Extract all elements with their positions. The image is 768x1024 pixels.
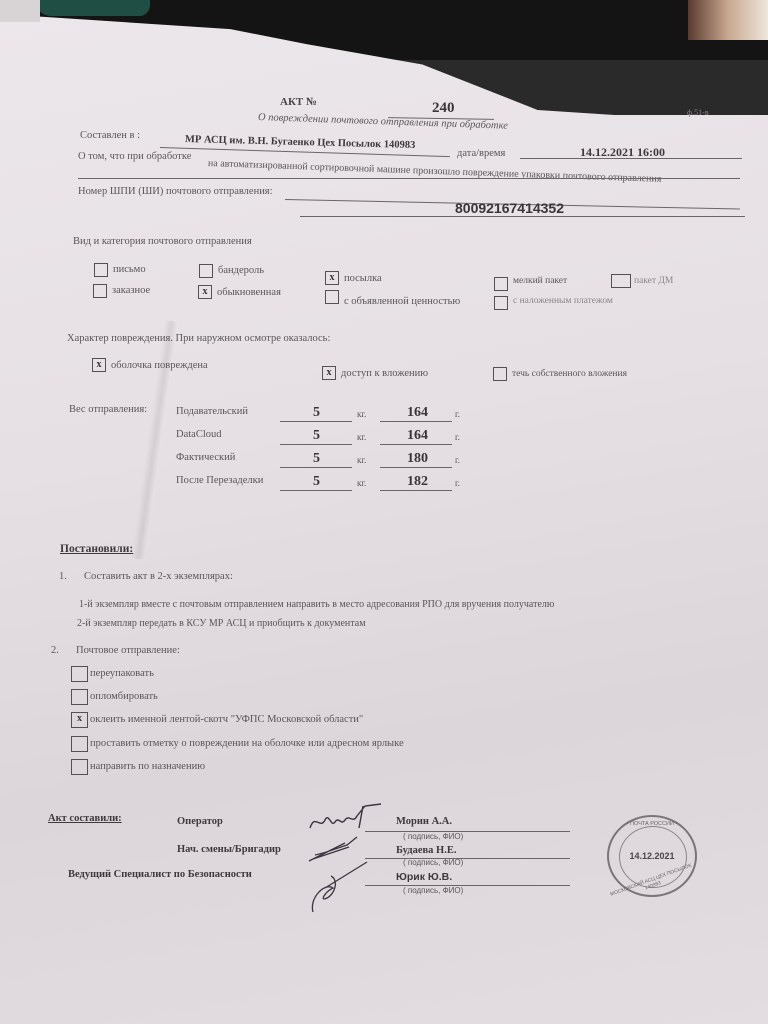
tracking-label: Номер ШПИ (ШИ) почтового отправления: [78, 186, 273, 197]
datetime-label: дата/время [457, 148, 505, 159]
action-label: оклеить именной лентой-скотч "УФПС Моско… [90, 714, 363, 725]
weight-g: 164 [407, 405, 428, 421]
checkbox-content-access[interactable]: x [322, 366, 336, 380]
role-supervisor: Нач. смены/Бригадир [177, 844, 281, 855]
act-label: АКТ № [280, 96, 317, 108]
item1-text: Составить акт в 2-х экземплярах: [84, 571, 233, 582]
background-object [688, 0, 768, 40]
underline [280, 421, 352, 422]
act-number: 240 [432, 100, 455, 117]
stamp-top-text: • ПОЧТА РОССИИ • [609, 821, 695, 827]
weight-kg: 5 [313, 405, 320, 421]
background-object [35, 0, 150, 16]
underline [280, 467, 352, 468]
checkbox-pismo[interactable] [94, 263, 108, 277]
checkbox-banderol[interactable] [199, 264, 213, 278]
action-label: направить по назначению [90, 761, 205, 772]
signature-caption: ( подпись, ФИО) [403, 832, 463, 841]
checkbox-action[interactable] [71, 736, 88, 752]
signature-operator [305, 798, 385, 838]
weight-label: Вес отправления: [69, 404, 147, 415]
checkbox-cod[interactable] [494, 296, 508, 310]
weight-kg: 5 [313, 451, 320, 467]
resolved-heading: Постановили: [60, 543, 133, 555]
underline [280, 444, 352, 445]
action-label: проставить отметку о повреждении на обол… [90, 738, 404, 749]
checkbox-posylka[interactable]: x [325, 271, 339, 285]
option-label: посылка [344, 273, 382, 284]
weight-g: 164 [407, 428, 428, 444]
signature-caption: ( подпись, ФИО) [403, 858, 463, 867]
item-number: 1. [59, 571, 67, 582]
signatures-heading: Акт составили: [48, 813, 122, 824]
underline [280, 490, 352, 491]
role-operator: Оператор [177, 816, 223, 827]
option-label: с наложенным платежом [513, 296, 613, 306]
background-object [0, 0, 40, 22]
item1-sub1: 1-й экземпляр вместе с почтовым отправле… [79, 599, 554, 610]
signature-line [365, 858, 570, 859]
action-label: переупаковать [90, 668, 154, 679]
composed-label: Составлен в : [80, 130, 140, 141]
damage-label: Характер повреждения. При наружном осмот… [67, 333, 330, 344]
checkbox-action[interactable] [71, 759, 88, 775]
option-label: обыкновенная [217, 287, 281, 298]
item1-sub2: 2-й экземпляр передать в КСУ МР АСЦ и пр… [77, 618, 366, 629]
option-label: письмо [113, 264, 146, 275]
checkbox-action[interactable]: x [71, 712, 88, 728]
underline [380, 444, 452, 445]
underline [520, 158, 742, 159]
kg-unit: кг. [357, 478, 366, 488]
underline [300, 216, 745, 217]
kg-unit: кг. [357, 455, 366, 465]
form-code: ф.51-в [687, 108, 709, 117]
option-label: заказное [112, 285, 150, 296]
postal-stamp: • ПОЧТА РОССИИ • 14.12.2021 МОСКОВСКИЙ А… [607, 815, 697, 897]
option-label: с объявленной ценностью [344, 296, 460, 307]
checkbox-leak[interactable] [493, 367, 507, 381]
item2-text: Почтовое отправление: [76, 645, 180, 656]
action-label: опломбировать [90, 691, 158, 702]
option-label: течь собственного вложения [512, 369, 627, 379]
signature-line [365, 885, 570, 886]
underline [380, 421, 452, 422]
signature-line [365, 831, 570, 832]
checkbox-zakaznoe[interactable] [93, 284, 107, 298]
item-number: 2. [51, 645, 59, 656]
signer-name: Юрик Ю.В. [396, 871, 452, 883]
statement-prefix: О том, что при обработке [78, 151, 191, 162]
kg-unit: кг. [357, 409, 366, 419]
signature-caption: ( подпись, ФИО) [403, 886, 463, 895]
weight-kg: 5 [313, 474, 320, 490]
checkbox-small-packet[interactable] [494, 277, 508, 291]
weight-row-name: Фактический [176, 452, 235, 463]
option-label: мелкий пакет [513, 276, 567, 286]
g-unit: г. [455, 409, 460, 419]
weight-g: 182 [407, 474, 428, 490]
checkbox-shell-damaged[interactable]: x [92, 358, 106, 372]
checkbox-packet-dm[interactable] [611, 274, 631, 288]
signer-name: Морин А.А. [396, 816, 452, 827]
g-unit: г. [455, 478, 460, 488]
g-unit: г. [455, 455, 460, 465]
weight-row-name: DataCloud [176, 429, 222, 440]
stamp-date: 14.12.2021 [609, 851, 695, 861]
g-unit: г. [455, 432, 460, 442]
checkbox-obyknovennaya[interactable]: x [198, 285, 212, 299]
checkbox-action[interactable] [71, 666, 88, 682]
underline [380, 490, 452, 491]
weight-row-name: Подавательский [176, 406, 248, 417]
kg-unit: кг. [357, 432, 366, 442]
option-label: оболочка повреждена [111, 360, 208, 371]
option-label: пакет ДМ [634, 276, 673, 286]
underline [380, 467, 452, 468]
tracking-number: 80092167414352 [455, 200, 564, 216]
underline [78, 178, 740, 179]
checkbox-action[interactable] [71, 689, 88, 705]
option-label: доступ к вложению [341, 368, 428, 379]
category-label: Вид и категория почтового отправления [73, 236, 252, 247]
signer-name: Будаева Н.Е. [396, 845, 456, 856]
weight-g: 180 [407, 451, 428, 467]
signature-security [305, 858, 375, 916]
weight-kg: 5 [313, 428, 320, 444]
weight-row-name: После Перезаделки [176, 475, 263, 486]
checkbox-declared-value[interactable] [325, 290, 339, 304]
role-security: Ведущий Специалист по Безопасности [68, 869, 252, 880]
option-label: бандероль [218, 265, 264, 276]
